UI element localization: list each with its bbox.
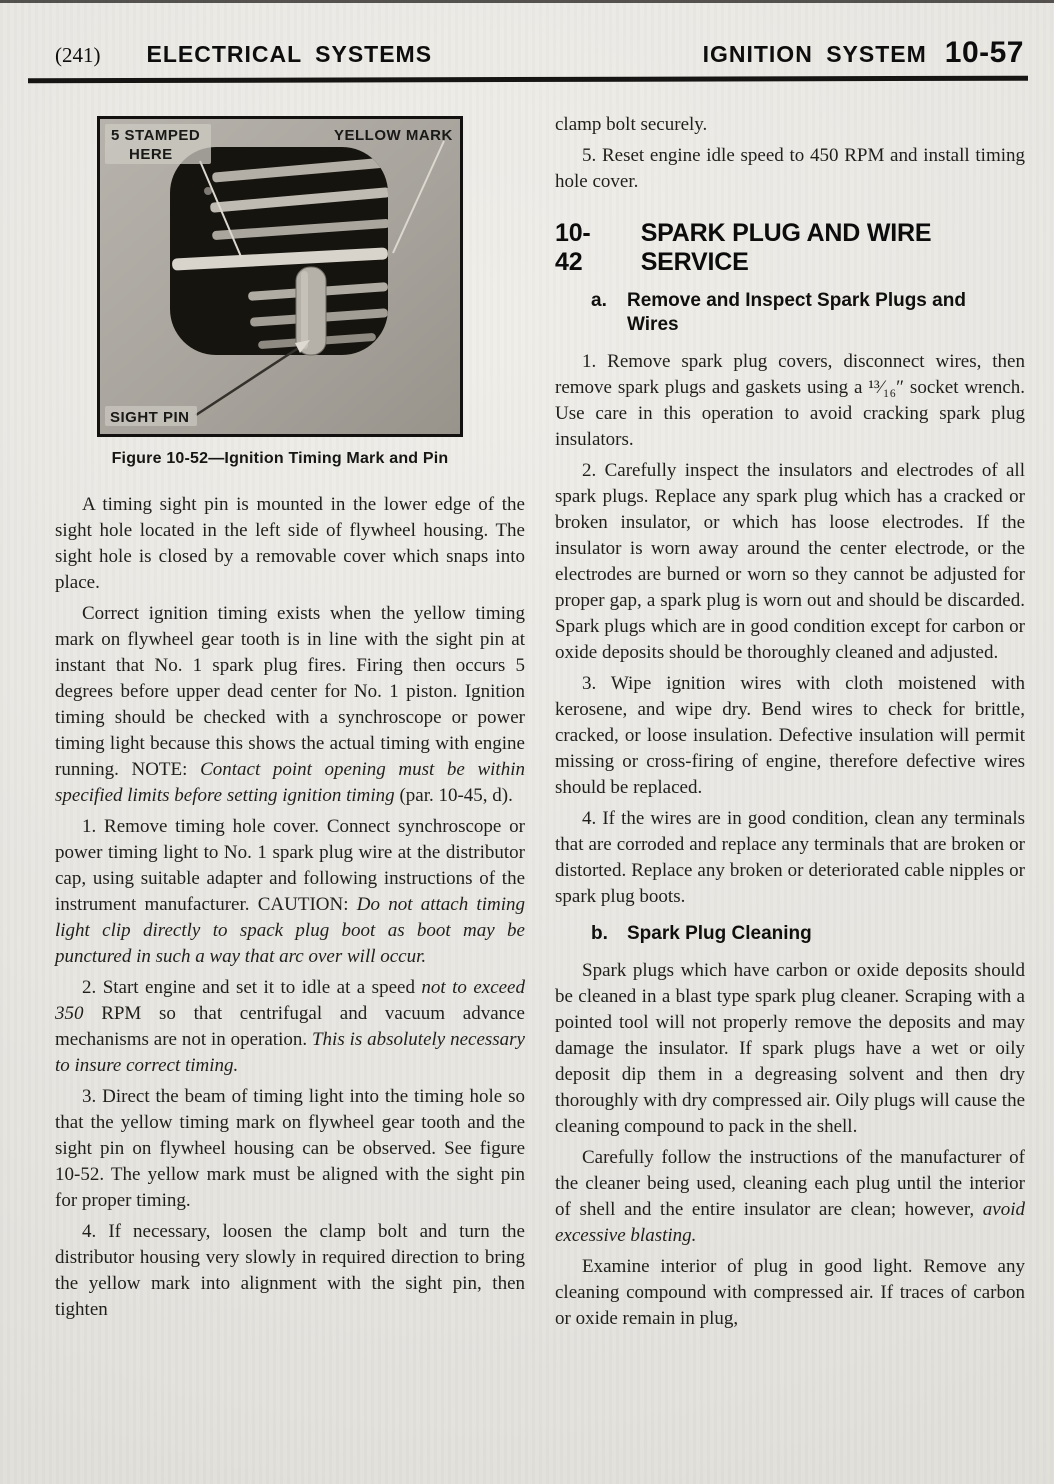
text-segment: 4. If necessary, loosen the clamp bolt a… xyxy=(55,1221,525,1320)
body-paragraph: A timing sight pin is mounted in the low… xyxy=(55,492,525,596)
stamped-here-label-line2: HERE xyxy=(129,146,173,163)
body-paragraph: 1. Remove spark plug covers, disconnect … xyxy=(555,349,1025,453)
body-paragraph: Spark plugs which have carbon or oxide d… xyxy=(555,958,1025,1140)
body-paragraph: Correct ignition timing exists when the … xyxy=(55,601,525,809)
manual-page: (241) ELECTRICAL SYSTEMS IGNITION SYSTEM… xyxy=(0,0,1054,1484)
text-segment: 2. Start engine and set it to idle at a … xyxy=(82,977,421,998)
text-segment: (par. 10-45, d). xyxy=(395,785,513,806)
text-segment: 3. Wipe ignition wires with cloth moiste… xyxy=(555,673,1025,798)
subsection-title: Remove and Inspect Spark Plugs and Wires xyxy=(627,289,985,337)
sight-pin-label: SIGHT PIN xyxy=(110,409,190,426)
text-segment: A timing sight pin is mounted in the low… xyxy=(55,494,525,593)
subsection-letter: b. xyxy=(591,922,627,946)
text-segment: Spark plugs which have carbon or oxide d… xyxy=(555,960,1025,1137)
body-paragraph: Carefully follow the instructions of the… xyxy=(555,1145,1025,1249)
ignition-timing-photo: 5 STAMPED HERE YELLOW MARK SIGHT PIN xyxy=(97,116,463,437)
text-segment: Carefully follow the instructions of the… xyxy=(555,1147,1025,1220)
subsection-heading: a.Remove and Inspect Spark Plugs and Wir… xyxy=(555,289,1025,337)
text-segment: Correct ignition timing exists when the … xyxy=(55,603,525,780)
scan-edge-artifact xyxy=(0,0,1054,3)
sight-pin-highlight xyxy=(301,271,308,349)
text-segment: 5. Reset engine idle speed to 450 RPM an… xyxy=(555,145,1025,192)
text-segment: 3. Direct the beam of timing light into … xyxy=(55,1086,525,1211)
body-paragraph: Examine interior of plug in good light. … xyxy=(555,1254,1025,1332)
text-segment: 1. Remove spark plug covers, disconnect … xyxy=(555,351,1025,450)
stamped-here-label-line1: 5 STAMPED xyxy=(111,127,200,144)
header-page-code: 10-57 xyxy=(945,36,1024,70)
subsection-heading: b.Spark Plug Cleaning xyxy=(555,922,1025,946)
body-paragraph: 2. Carefully inspect the insulators and … xyxy=(555,458,1025,666)
body-paragraph: 5. Reset engine idle speed to 450 RPM an… xyxy=(555,143,1025,195)
body-paragraph: 4. If the wires are in good condition, c… xyxy=(555,806,1025,910)
header-chapter-title: IGNITION SYSTEM xyxy=(703,41,927,68)
timing-mark-illustration: 5 STAMPED HERE YELLOW MARK SIGHT PIN xyxy=(100,119,460,434)
subsection-title: Spark Plug Cleaning xyxy=(627,922,812,946)
figure-10-52: 5 STAMPED HERE YELLOW MARK SIGHT PIN Fig… xyxy=(97,116,463,468)
section-heading: 10-42SPARK PLUG AND WIRE SERVICE xyxy=(555,219,1025,277)
page-header: (241) ELECTRICAL SYSTEMS IGNITION SYSTEM… xyxy=(0,0,1054,70)
figure-caption: Figure 10-52—Ignition Timing Mark and Pi… xyxy=(97,450,463,468)
page-content: 5 STAMPED HERE YELLOW MARK SIGHT PIN Fig… xyxy=(0,82,1054,1332)
right-column: clamp bolt securely.5. Reset engine idle… xyxy=(555,112,1025,1332)
page-number: (241) xyxy=(55,43,101,68)
sight-pin-shape xyxy=(296,267,326,355)
yellow-mark-label: YELLOW MARK xyxy=(334,127,453,144)
left-column: 5 STAMPED HERE YELLOW MARK SIGHT PIN Fig… xyxy=(55,112,525,1332)
text-segment: Examine interior of plug in good light. … xyxy=(555,1256,1025,1329)
body-paragraph: 2. Start engine and set it to idle at a … xyxy=(55,975,525,1079)
text-segment: 4. If the wires are in good condition, c… xyxy=(555,808,1025,907)
body-paragraph: 4. If necessary, loosen the clamp bolt a… xyxy=(55,1219,525,1323)
section-title: SPARK PLUG AND WIRE SERVICE xyxy=(641,219,1025,277)
text-segment: 2. Carefully inspect the insulators and … xyxy=(555,460,1025,663)
header-section-title: ELECTRICAL SYSTEMS xyxy=(147,41,433,68)
body-paragraph: clamp bolt securely. xyxy=(555,112,1025,138)
body-paragraph: 3. Direct the beam of timing light into … xyxy=(55,1084,525,1214)
section-number: 10-42 xyxy=(555,219,615,277)
body-paragraph: 3. Wipe ignition wires with cloth moiste… xyxy=(555,671,1025,801)
text-segment: clamp bolt securely. xyxy=(555,114,707,135)
body-paragraph: 1. Remove timing hole cover. Connect syn… xyxy=(55,814,525,970)
subsection-letter: a. xyxy=(591,289,627,337)
